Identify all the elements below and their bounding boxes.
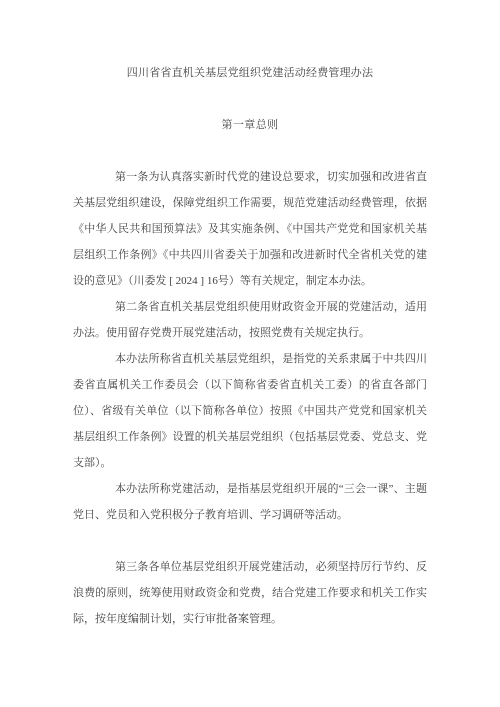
text-line: 位）、省级有关单位（以下简称各单位）按照《中国共产党党和国家机关 <box>73 398 427 424</box>
text-line: 党日、党员和入党积极分子教育培训、学习调研等活动。 <box>73 502 427 528</box>
text-line: 浪费的原则，统筹使用财政资金和党费，结合党建工作要求和机关工作实 <box>73 580 427 606</box>
paragraph: 第二条省直机关基层党组织使用财政资金开展的党建活动，适用本办法。使用留存党费开展… <box>73 294 427 346</box>
text-line: 第二条省直机关基层党组织使用财政资金开展的党建活动，适用本 <box>73 294 427 320</box>
chapter-heading: 第一章总则 <box>73 112 427 138</box>
document-page: 四川省省直机关基层党组织党建活动经费管理办法 第一章总则 第一条为认真落实新时代… <box>0 0 500 707</box>
document-body: 第一条为认真落实新时代党的建设总要求，切实加强和改进省直机关基层党组织建设，保障… <box>73 164 427 632</box>
paragraph: 第三条各单位基层党组织开展党建活动，必须坚持厉行节约、反对浪费的原则，统筹使用财… <box>73 554 427 632</box>
text-line: 设的意见》（川委发 [ 2024 ] 16号）等有关规定，制定本办法。 <box>73 268 427 294</box>
document-title: 四川省省直机关基层党组织党建活动经费管理办法 <box>73 60 427 86</box>
text-line: 层组织工作条例》《中共四川省委关于加强和改进新时代全省机关党的建 <box>73 242 427 268</box>
text-line: 本办法所称省直机关基层党组织，是指党的关系隶属于中共四川省 <box>73 346 427 372</box>
text-line: 办法。使用留存党费开展党建活动，按照党费有关规定执行。 <box>73 320 427 346</box>
paragraph: 本办法所称党建活动，是指基层党组织开展的“三会一课”、主题党日、党员和入党积极分… <box>73 476 427 528</box>
text-line: 委省直属机关工作委员会（以下简称省委省直机关工委）的省直各部门（单 <box>73 372 427 398</box>
text-line: 关基层党组织建设，保障党组织工作需要，规范党建活动经费管理，依据 <box>73 190 427 216</box>
text-line: 际，按年度编制计划，实行审批备案管理。 <box>73 606 427 632</box>
text-line: 第一条为认真落实新时代党的建设总要求，切实加强和改进省直机 <box>73 164 427 190</box>
text-line: 本办法所称党建活动，是指基层党组织开展的“三会一课”、主题 <box>73 476 427 502</box>
text-line: 《中华人民共和国预算法》及其实施条例、《中国共产党党和国家机关基 <box>73 216 427 242</box>
text-line: 第三条各单位基层党组织开展党建活动，必须坚持厉行节约、反对 <box>73 554 427 580</box>
paragraph: 第一条为认真落实新时代党的建设总要求，切实加强和改进省直机关基层党组织建设，保障… <box>73 164 427 294</box>
text-line: 基层组织工作条例》设置的机关基层党组织（包括基层党委、党总支、党 <box>73 424 427 450</box>
paragraph: 本办法所称省直机关基层党组织，是指党的关系隶属于中共四川省委省直属机关工作委员会… <box>73 346 427 476</box>
text-line: 支部）。 <box>73 450 427 476</box>
